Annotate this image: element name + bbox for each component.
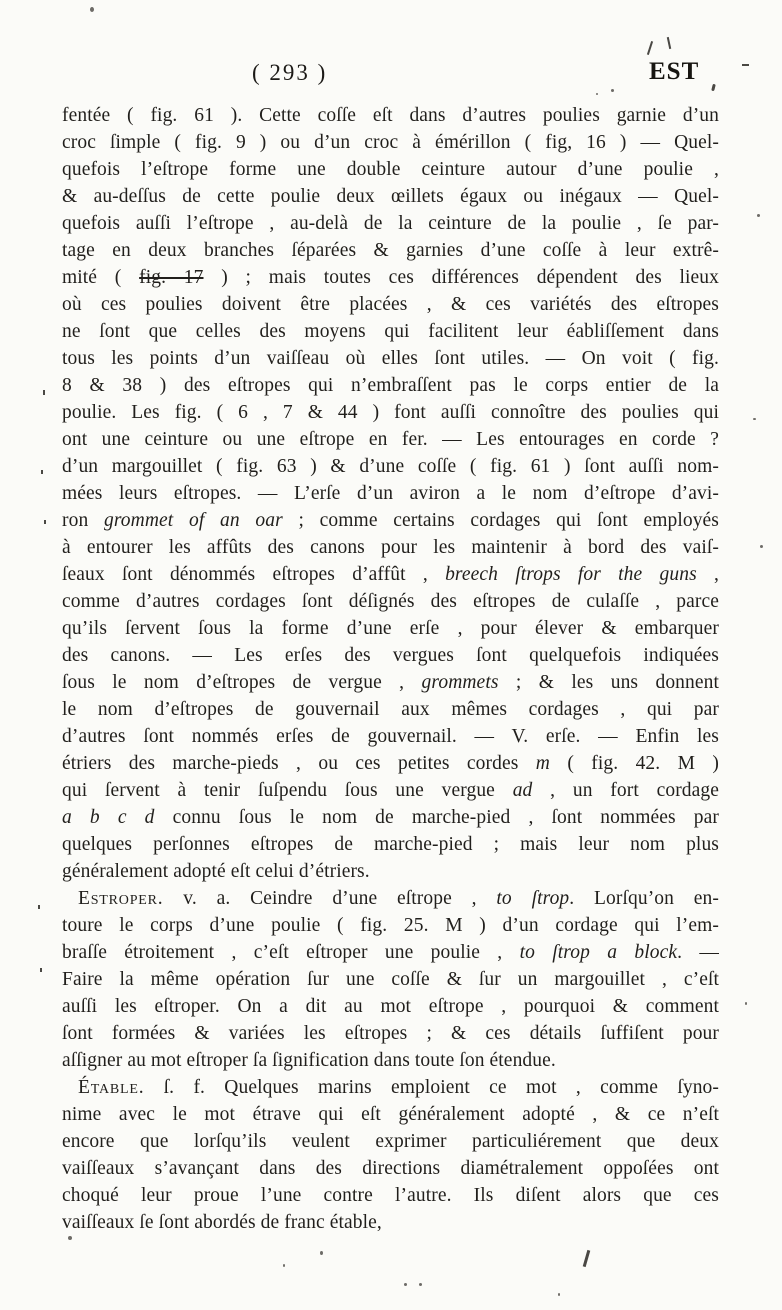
text-run: ſont formées & variées les eſtropes ; & … <box>62 1023 719 1044</box>
italic-term: grommet of an oar <box>104 510 283 531</box>
scan-artifact <box>596 93 598 95</box>
text-line: où ces poulies doivent être placées , & … <box>62 291 719 318</box>
italic-term: m <box>536 753 550 774</box>
scan-artifact <box>43 390 45 395</box>
text-run: v. a. Ceindre d’une eſtrope , <box>163 888 496 909</box>
text-line: toure le corps d’une poulie ( fig. 25. M… <box>62 912 719 939</box>
page-header: ( 293 ) EST <box>0 58 782 100</box>
text-line: ſous le nom d’eſtropes de vergue , gromm… <box>62 669 719 696</box>
text-run: ) ; mais toutes ces différences dépenden… <box>204 267 720 288</box>
text-line: ſont formées & variées les eſtropes ; & … <box>62 1020 719 1047</box>
text-line: auſſi les eſtroper. On a dit au mot eſtr… <box>62 993 719 1020</box>
text-line: à entourer les affûts des canons pour le… <box>62 534 719 561</box>
text-line: ne ſont que celles des moyens qui facili… <box>62 318 719 345</box>
scan-artifact <box>320 1251 323 1255</box>
text-line: Estroper. v. a. Ceindre d’une eſtrope , … <box>62 885 719 912</box>
scan-artifact <box>41 470 43 474</box>
scan-artifact <box>40 968 42 972</box>
text-run: où ces poulies doivent être placées , & … <box>62 294 719 315</box>
scan-artifact <box>647 41 653 55</box>
text-line: mées leurs eſtropes. — L’erſe d’un aviro… <box>62 480 719 507</box>
scan-artifact <box>667 37 671 49</box>
text-run: , un fort cordage <box>532 780 719 801</box>
text-line: mité ( fig. 17 ) ; mais toutes ces diffé… <box>62 264 719 291</box>
text-run: tage en deux branches ſéparées & garnies… <box>62 240 719 261</box>
italic-term: grommets <box>422 672 499 693</box>
text-run: connu ſous le nom de marche-pied , ſont … <box>155 807 719 828</box>
scan-artifact <box>558 1293 560 1296</box>
text-run: comme d’autres cordages ſont déſignés de… <box>62 591 719 612</box>
text-run: quefois l’eſtrope forme une double ceint… <box>62 159 719 180</box>
text-run: ; & les uns donnent <box>499 672 719 693</box>
text-line: comme d’autres cordages ſont déſignés de… <box>62 588 719 615</box>
text-run: . Lorſqu’on en- <box>569 888 719 909</box>
text-line: choqué leur proue l’une contre l’autre. … <box>62 1182 719 1209</box>
text-run: à entourer les affûts des canons pour le… <box>62 537 719 558</box>
scan-artifact <box>44 520 46 524</box>
entry-headword: Étable. <box>78 1077 144 1098</box>
text-run: qui ſervent à tenir ſuſpendu ſous une ve… <box>62 780 513 801</box>
text-run: fentée ( fig. 61 ). Cette coſſe eſt dans… <box>62 105 719 126</box>
scan-artifact <box>745 1002 747 1005</box>
text-run: 8 & 38 ) des eſtropes qui n’embraſſent p… <box>62 375 719 396</box>
text-run: . — <box>677 942 719 963</box>
text-run: vaiſſeaux s’avançant dans des directions… <box>62 1158 719 1179</box>
text-line: quelques perſonnes eſtropes de marche-pi… <box>62 831 719 858</box>
text-run: nime avec le mot étrave qui eſt générale… <box>62 1104 719 1125</box>
text-run: choqué leur proue l’une contre l’autre. … <box>62 1185 719 1206</box>
text-line: tage en deux branches ſéparées & garnies… <box>62 237 719 264</box>
text-run: aſſigner au mot eſtroper ſa ſignificatio… <box>62 1050 556 1071</box>
text-run: auſſi les eſtroper. On a dit au mot eſtr… <box>62 996 719 1017</box>
scan-artifact <box>90 7 94 12</box>
scan-artifact <box>583 1250 591 1267</box>
text-run: ; comme certains cordages qui ſont emplo… <box>283 510 719 531</box>
text-line: vaiſſeaux ſe ſont abordés de franc établ… <box>62 1209 719 1236</box>
text-line: braſſe étroitement , c’eſt eſtroper une … <box>62 939 719 966</box>
text-line: quefois auſſi l’eſtrope , au-delà de la … <box>62 210 719 237</box>
text-line: ſeaux ſont dénommés eſtropes d’affût , b… <box>62 561 719 588</box>
scan-artifact <box>611 89 614 92</box>
scanned-page: ( 293 ) EST fentée ( fig. 61 ). Cette co… <box>0 0 782 1310</box>
text-line: qu’ils ſervent ſous la forme d’une erſe … <box>62 615 719 642</box>
text-line: quefois l’eſtrope forme une double ceint… <box>62 156 719 183</box>
text-run: encore que lorſqu’ils veulent exprimer p… <box>62 1131 719 1152</box>
scan-artifact <box>760 545 763 548</box>
scan-artifact <box>742 64 749 66</box>
text-line: 8 & 38 ) des eſtropes qui n’embraſſent p… <box>62 372 719 399</box>
text-line: encore que lorſqu’ils veulent exprimer p… <box>62 1128 719 1155</box>
text-line: fentée ( fig. 61 ). Cette coſſe eſt dans… <box>62 102 719 129</box>
italic-term: to ſtrop a block <box>520 942 678 963</box>
text-run: ron <box>62 510 104 531</box>
text-line: ron grommet of an oar ; comme certains c… <box>62 507 719 534</box>
scan-artifact <box>419 1283 422 1286</box>
text-run: ont une ceinture ou une eſtrope en fer. … <box>62 429 719 450</box>
text-line: croc ſimple ( fig. 9 ) ou d’un croc à ém… <box>62 129 719 156</box>
scan-artifact <box>283 1264 285 1267</box>
scan-artifact <box>404 1283 407 1286</box>
italic-term: ad <box>513 780 533 801</box>
text-run: , <box>697 564 719 585</box>
text-line: Étable. ſ. f. Quelques marins emploient … <box>62 1074 719 1101</box>
text-run: mité ( <box>62 267 139 288</box>
text-run: généralement adopté eſt celui d’étriers. <box>62 861 370 882</box>
text-line: d’un margouillet ( fig. 63 ) & d’une coſ… <box>62 453 719 480</box>
text-line: & au-deſſus de cette poulie deux œillets… <box>62 183 719 210</box>
text-run: étriers des marche-pieds , ou ces petite… <box>62 753 536 774</box>
entry-headword: Estroper. <box>78 888 163 909</box>
scan-artifact <box>757 214 760 217</box>
text-line: aſſigner au mot eſtroper ſa ſignificatio… <box>62 1047 719 1074</box>
text-line: qui ſervent à tenir ſuſpendu ſous une ve… <box>62 777 719 804</box>
italic-term: to ſtrop <box>496 888 569 909</box>
text-run: braſſe étroitement , c’eſt eſtroper une … <box>62 942 520 963</box>
text-line: poulie. Les fig. ( 6 , 7 & 44 ) font auſ… <box>62 399 719 426</box>
text-run: ( fig. 42. M ) <box>550 753 719 774</box>
text-run: d’un margouillet ( fig. 63 ) & d’une coſ… <box>62 456 719 477</box>
text-line: le nom d’eſtropes de gouvernail aux même… <box>62 696 719 723</box>
text-run: ne ſont que celles des moyens qui facili… <box>62 321 719 342</box>
text-run: d’autres ſont nommés erſes de gouvernail… <box>62 726 719 747</box>
text-run: le nom d’eſtropes de gouvernail aux même… <box>62 699 719 720</box>
text-line: des canons. — Les erſes des vergues ſont… <box>62 642 719 669</box>
text-run: tous les points d’un vaiſſeau où elles ſ… <box>62 348 719 369</box>
italic-term: a b c d <box>62 807 155 828</box>
text-line: a b c d connu ſous le nom de marche-pied… <box>62 804 719 831</box>
text-line: vaiſſeaux s’avançant dans des directions… <box>62 1155 719 1182</box>
text-run: quelques perſonnes eſtropes de marche-pi… <box>62 834 719 855</box>
struck-text: fig. 17 <box>139 267 203 288</box>
text-line: ont une ceinture ou une eſtrope en fer. … <box>62 426 719 453</box>
text-run: vaiſſeaux ſe ſont abordés de franc établ… <box>62 1212 382 1233</box>
text-line: nime avec le mot étrave qui eſt générale… <box>62 1101 719 1128</box>
text-line: Faire la même opération ſur une coſſe & … <box>62 966 719 993</box>
text-run: Faire la même opération ſur une coſſe & … <box>62 969 719 990</box>
text-line: tous les points d’un vaiſſeau où elles ſ… <box>62 345 719 372</box>
page-number: ( 293 ) <box>252 60 327 86</box>
scan-artifact <box>753 418 756 420</box>
dictionary-text: fentée ( fig. 61 ). Cette coſſe eſt dans… <box>62 102 719 1236</box>
text-run: ſous le nom d’eſtropes de vergue , <box>62 672 422 693</box>
italic-term: breech ſtrops for the guns <box>445 564 697 585</box>
text-run: ſeaux ſont dénommés eſtropes d’affût , <box>62 564 445 585</box>
running-title: EST <box>649 58 699 86</box>
text-run: toure le corps d’une poulie ( fig. 25. M… <box>62 915 719 936</box>
text-line: généralement adopté eſt celui d’étriers. <box>62 858 719 885</box>
scan-artifact <box>68 1236 72 1240</box>
text-run: & au-deſſus de cette poulie deux œillets… <box>62 186 719 207</box>
text-run: qu’ils ſervent ſous la forme d’une erſe … <box>62 618 719 639</box>
scan-artifact <box>38 905 40 909</box>
text-run: quefois auſſi l’eſtrope , au-delà de la … <box>62 213 719 234</box>
text-line: d’autres ſont nommés erſes de gouvernail… <box>62 723 719 750</box>
text-run: ſ. f. Quelques marins emploient ce mot ,… <box>144 1077 719 1098</box>
text-run: des canons. — Les erſes des vergues ſont… <box>62 645 719 666</box>
text-run: poulie. Les fig. ( 6 , 7 & 44 ) font auſ… <box>62 402 719 423</box>
text-run: mées leurs eſtropes. — L’erſe d’un aviro… <box>62 483 719 504</box>
text-line: étriers des marche-pieds , ou ces petite… <box>62 750 719 777</box>
text-run: croc ſimple ( fig. 9 ) ou d’un croc à ém… <box>62 132 719 153</box>
